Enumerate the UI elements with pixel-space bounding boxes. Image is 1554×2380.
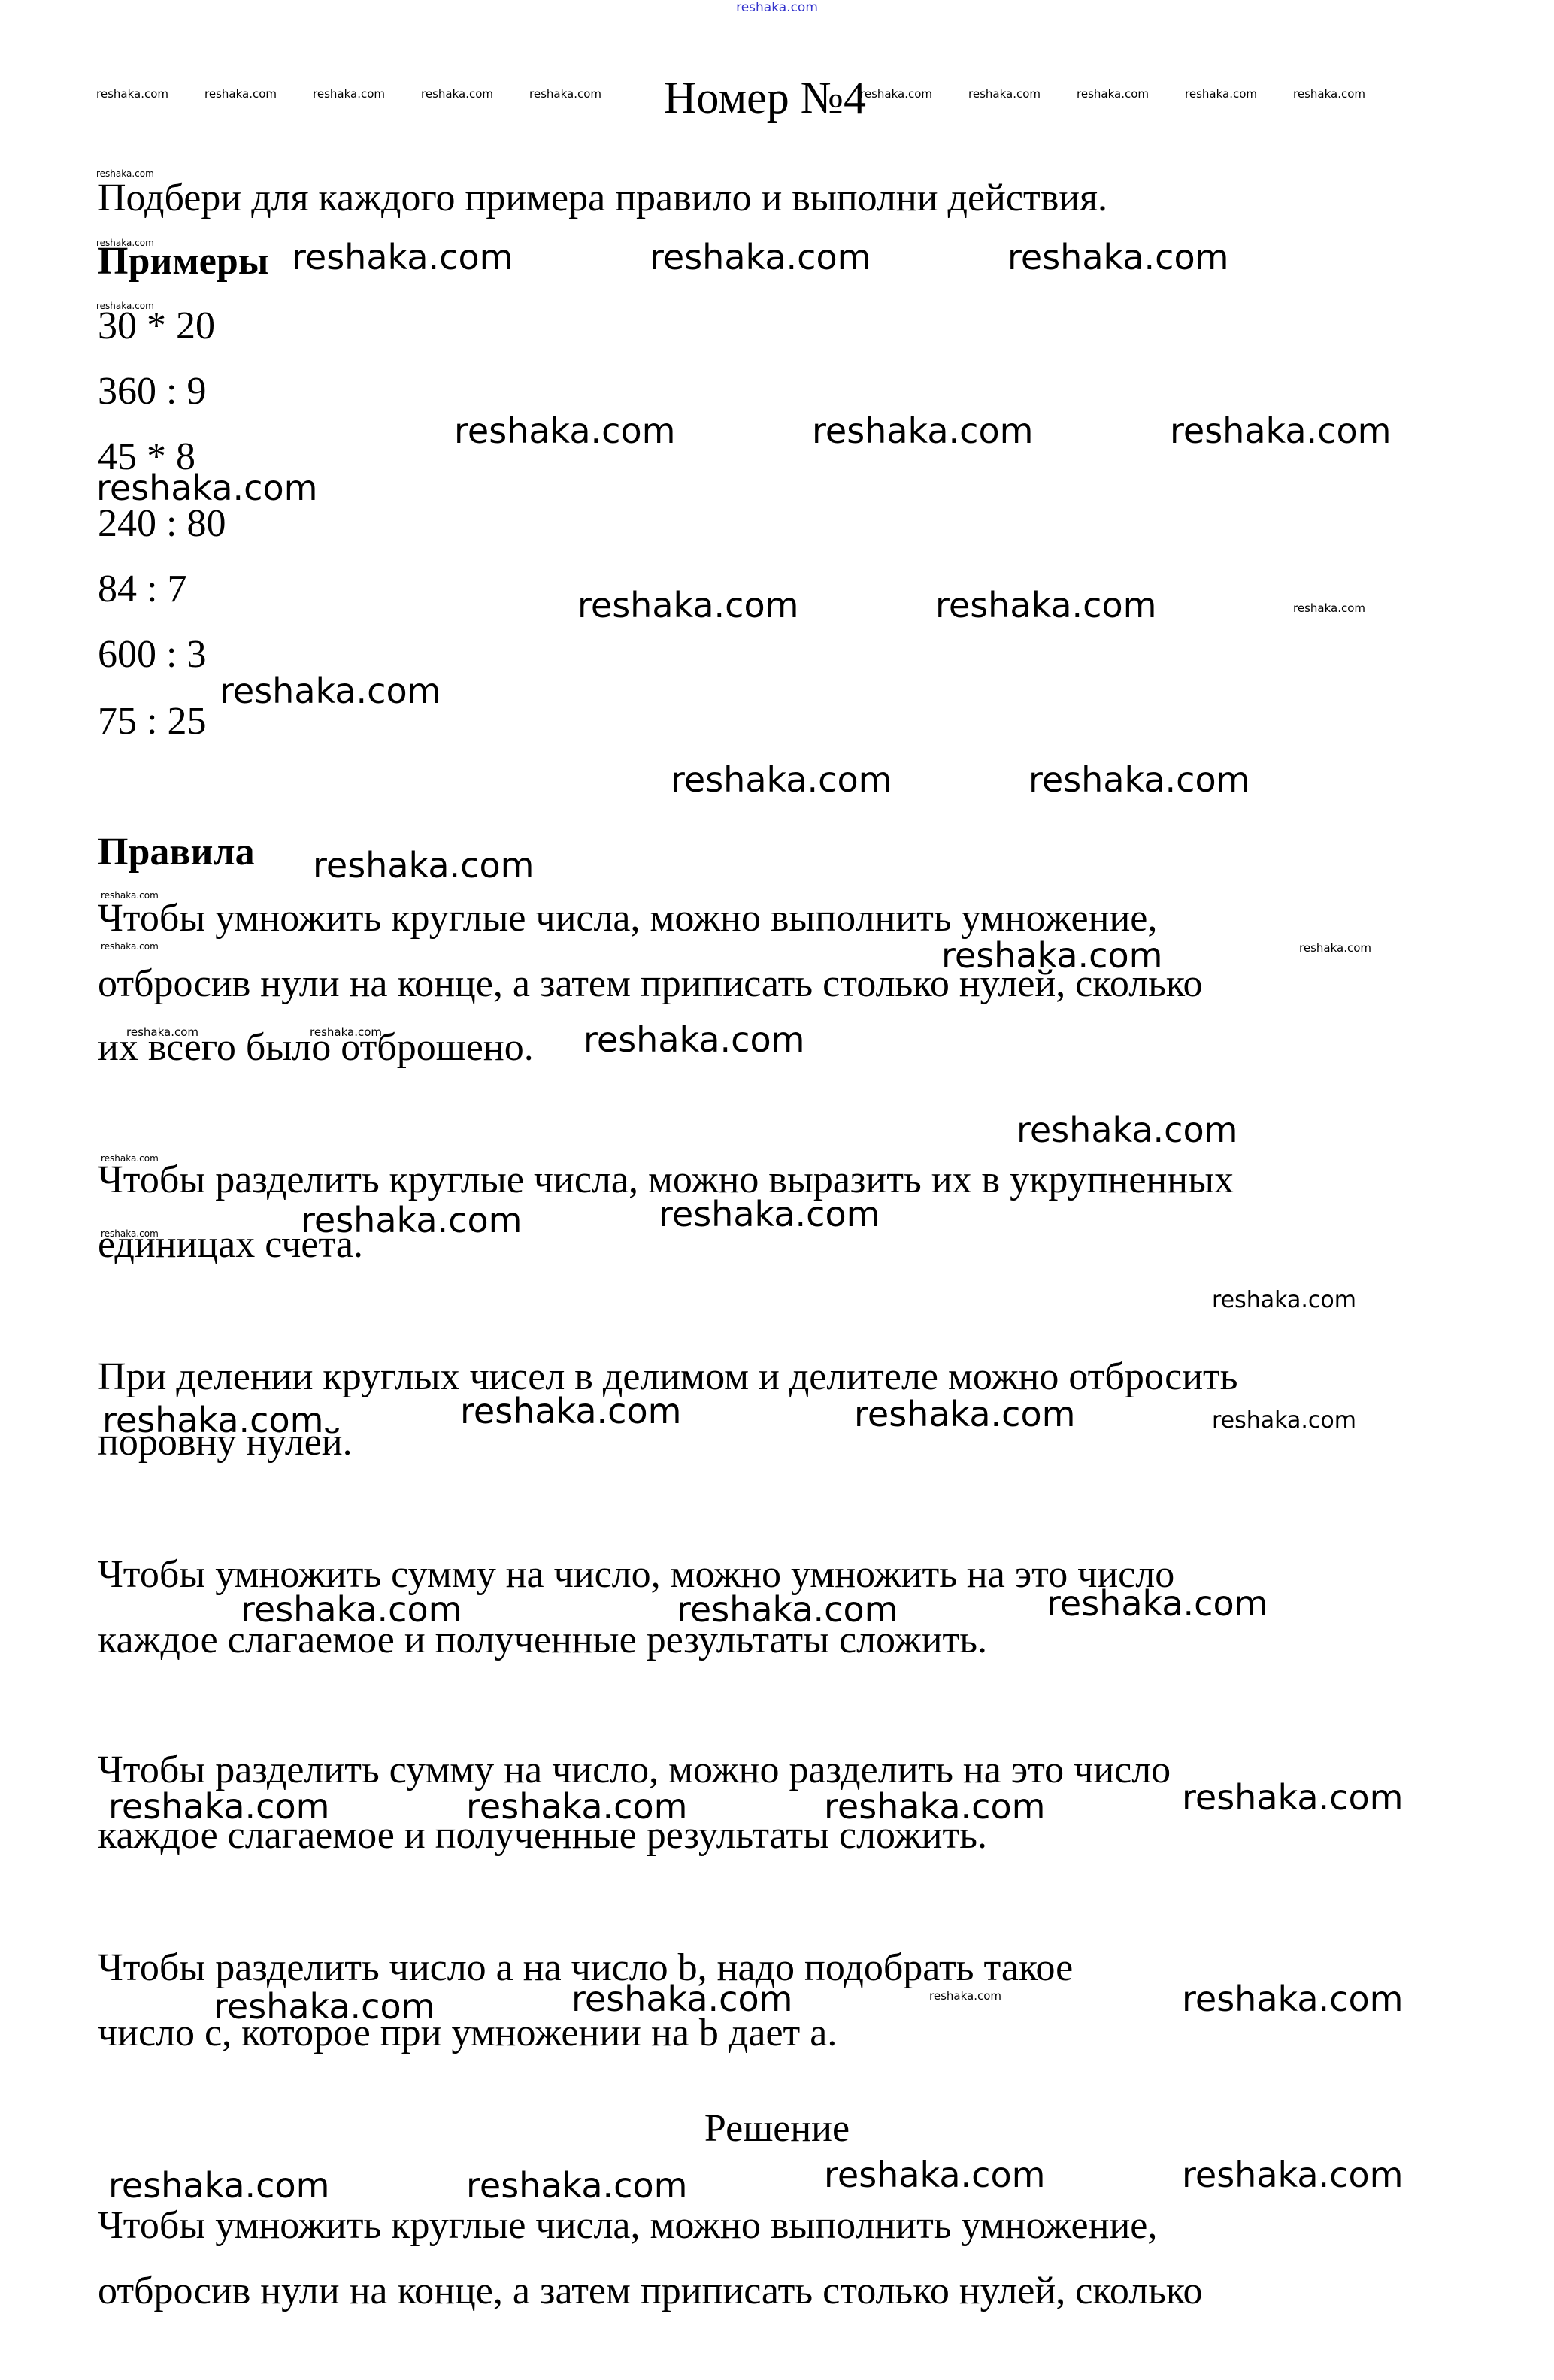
watermark: reshaka.com bbox=[460, 1391, 681, 1431]
watermark: reshaka.com bbox=[968, 87, 1041, 101]
watermark: reshaka.com bbox=[313, 87, 385, 101]
watermark: reshaka.com bbox=[101, 941, 159, 952]
rule-line: каждое слагаемое и полученные результаты… bbox=[98, 1621, 987, 1660]
watermark: reshaka.com bbox=[313, 845, 534, 886]
watermark: reshaka.com bbox=[292, 237, 513, 277]
watermark: reshaka.com bbox=[466, 2165, 687, 2206]
rule-line: Чтобы разделить сумму на число, можно ра… bbox=[98, 1751, 1171, 1790]
watermark: reshaka.com bbox=[96, 87, 168, 101]
watermark: reshaka.com bbox=[1077, 87, 1149, 101]
watermark: reshaka.com bbox=[220, 671, 441, 711]
rule-line: поровну нулей. bbox=[98, 1423, 353, 1462]
rule-line: число c, которое при умножении на b дает… bbox=[98, 2014, 837, 2053]
watermark: reshaka.com bbox=[310, 1025, 382, 1039]
watermark: reshaka.com bbox=[935, 585, 1156, 625]
watermark: reshaka.com bbox=[1299, 941, 1371, 955]
watermark: reshaka.com bbox=[1212, 1407, 1356, 1434]
example-item: 30 * 20 bbox=[98, 307, 215, 346]
example-item: 240 : 80 bbox=[98, 504, 226, 544]
rule-line: отбросив нули на конце, а затем приписат… bbox=[98, 964, 1203, 1004]
watermark: reshaka.com bbox=[650, 237, 871, 277]
watermark: reshaka.com bbox=[812, 410, 1033, 451]
watermark: reshaka.com bbox=[577, 585, 798, 625]
watermark: reshaka.com bbox=[1212, 1287, 1356, 1313]
watermark: reshaka.com bbox=[421, 87, 493, 101]
watermark: reshaka.com bbox=[96, 468, 317, 508]
watermark: reshaka.com bbox=[854, 1394, 1075, 1434]
task-text: Подбери для каждого примера правило и вы… bbox=[98, 179, 1107, 218]
solution-line: отбросив нули на конце, а затем приписат… bbox=[98, 2272, 1203, 2311]
rule-line: Чтобы умножить круглые числа, можно выпо… bbox=[98, 899, 1157, 938]
watermark: reshaka.com bbox=[529, 87, 601, 101]
watermark: reshaka.com bbox=[1170, 410, 1391, 451]
watermark: reshaka.com bbox=[204, 87, 277, 101]
page-title: Номер №4 bbox=[664, 72, 866, 124]
watermark: reshaka.com bbox=[671, 759, 892, 800]
example-item: 84 : 7 bbox=[98, 570, 186, 609]
watermark: reshaka.com bbox=[1182, 2154, 1403, 2195]
watermark: reshaka.com bbox=[860, 87, 932, 101]
watermark: reshaka.com bbox=[126, 1025, 198, 1039]
watermark: reshaka.com bbox=[1007, 237, 1228, 277]
rules-heading: Правила bbox=[98, 830, 255, 874]
watermark: reshaka.com bbox=[1182, 1777, 1403, 1818]
rule-line: единицах счета. bbox=[98, 1225, 363, 1264]
watermark: reshaka.com bbox=[929, 1989, 1001, 2003]
example-item: 360 : 9 bbox=[98, 372, 206, 411]
watermark: reshaka.com bbox=[1028, 759, 1250, 800]
watermark: reshaka.com bbox=[1182, 1979, 1403, 2019]
examples-heading: Примеры bbox=[98, 239, 268, 283]
example-item: 600 : 3 bbox=[98, 635, 206, 674]
watermark: reshaka.com bbox=[583, 1019, 804, 1060]
watermark: reshaka.com bbox=[1016, 1110, 1237, 1150]
top-watermark-link[interactable]: reshaka.com bbox=[0, 0, 1554, 15]
example-item: 75 : 25 bbox=[98, 702, 206, 741]
rule-line: каждое слагаемое и полученные результаты… bbox=[98, 1816, 987, 1855]
watermark: reshaka.com bbox=[824, 2154, 1045, 2195]
watermark: reshaka.com bbox=[1293, 601, 1365, 615]
solution-line: Чтобы умножить круглые числа, можно выпо… bbox=[98, 2206, 1157, 2245]
watermark: reshaka.com bbox=[1185, 87, 1257, 101]
watermark: reshaka.com bbox=[659, 1194, 880, 1234]
watermark: reshaka.com bbox=[454, 410, 675, 451]
watermark: reshaka.com bbox=[1047, 1583, 1268, 1624]
solution-heading: Решение bbox=[0, 2109, 1554, 2148]
watermark: reshaka.com bbox=[1293, 87, 1365, 101]
watermark: reshaka.com bbox=[108, 2165, 329, 2206]
